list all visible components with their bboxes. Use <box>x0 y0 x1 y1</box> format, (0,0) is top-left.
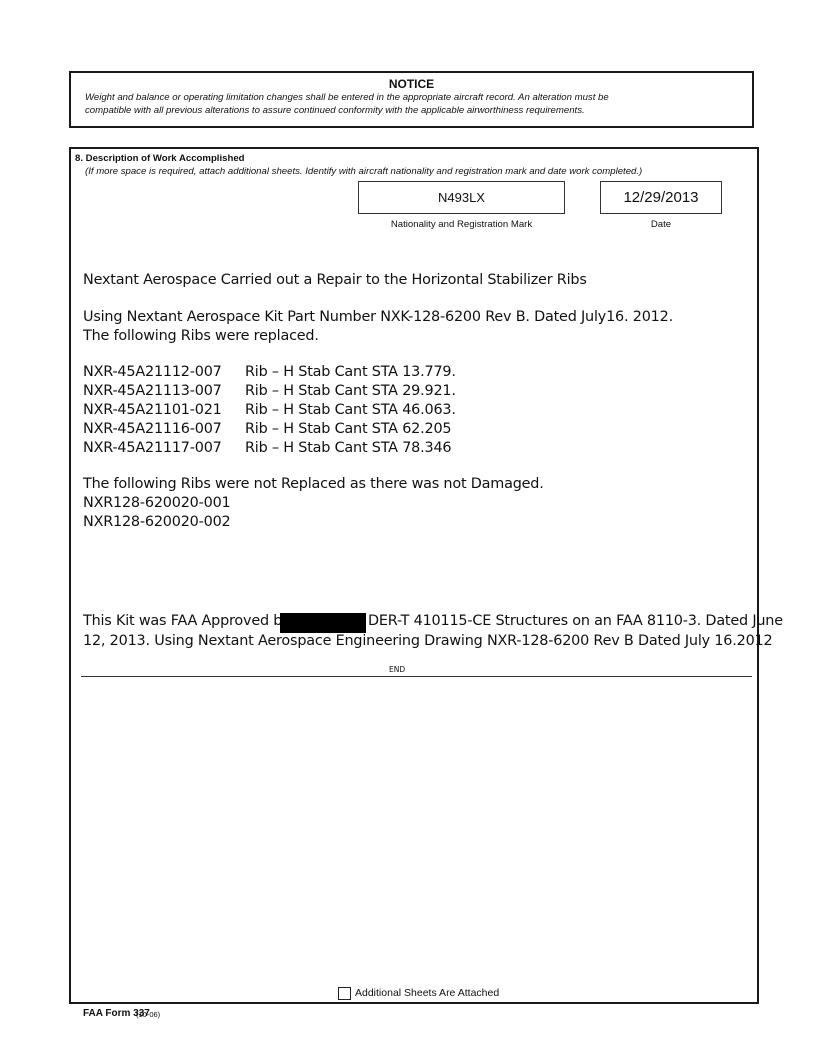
replaced-part-number: NXR-45A21101-021 <box>83 402 222 418</box>
end-divider <box>81 676 752 677</box>
notice-text-line-2: compatible with all previous alterations… <box>85 105 585 116</box>
section-instructions: (If more space is required, attach addit… <box>85 166 642 177</box>
replaced-part-description: Rib – H Stab Cant STA 62.205 <box>245 421 451 437</box>
form-revision: (10-06) <box>136 1010 160 1019</box>
notice-title: NOTICE <box>71 77 752 91</box>
kit-reference: Using Nextant Aerospace Kit Part Number … <box>83 309 673 325</box>
replaced-heading: The following Ribs were replaced. <box>83 328 319 344</box>
registration-mark-label: Nationality and Registration Mark <box>358 219 565 230</box>
not-replaced-part-number: NXR128-620020-002 <box>83 514 230 530</box>
not-replaced-part-number: NXR128-620020-001 <box>83 495 230 511</box>
replaced-part-number: NXR-45A21116-007 <box>83 421 222 437</box>
replaced-part-description: Rib – H Stab Cant STA 78.346 <box>245 440 451 456</box>
not-replaced-heading: The following Ribs were not Replaced as … <box>83 476 544 492</box>
additional-sheets-checkbox[interactable] <box>338 987 351 1000</box>
replaced-part-description: Rib – H Stab Cant STA 13.779. <box>245 364 456 380</box>
approval-suffix: DER-T 410115-CE Structures on an FAA 811… <box>368 613 783 629</box>
registration-mark-field[interactable]: N493LX <box>358 181 565 214</box>
approval-line-2: 12, 2013. Using Nextant Aerospace Engine… <box>83 633 772 649</box>
end-marker: END <box>387 665 405 674</box>
date-field[interactable]: 12/29/2013 <box>600 181 722 214</box>
redacted-name-block <box>280 613 366 633</box>
approval-prefix: This Kit was FAA Approved by <box>83 613 291 629</box>
notice-text-line-1: Weight and balance or operating limitati… <box>85 92 609 103</box>
replaced-part-number: NXR-45A21117-007 <box>83 440 222 456</box>
section-title: 8. Description of Work Accomplished <box>75 153 245 164</box>
replaced-part-description: Rib – H Stab Cant STA 46.063. <box>245 402 456 418</box>
replaced-part-number: NXR-45A21113-007 <box>83 383 222 399</box>
date-label: Date <box>600 219 722 230</box>
replaced-part-number: NXR-45A21112-007 <box>83 364 222 380</box>
notice-box: NOTICE Weight and balance or operating l… <box>69 71 754 128</box>
replaced-part-description: Rib – H Stab Cant STA 29.921. <box>245 383 456 399</box>
work-intro: Nextant Aerospace Carried out a Repair t… <box>83 272 587 288</box>
description-of-work-section: 8. Description of Work Accomplished (If … <box>69 147 759 1004</box>
additional-sheets-label: Additional Sheets Are Attached <box>355 987 499 999</box>
